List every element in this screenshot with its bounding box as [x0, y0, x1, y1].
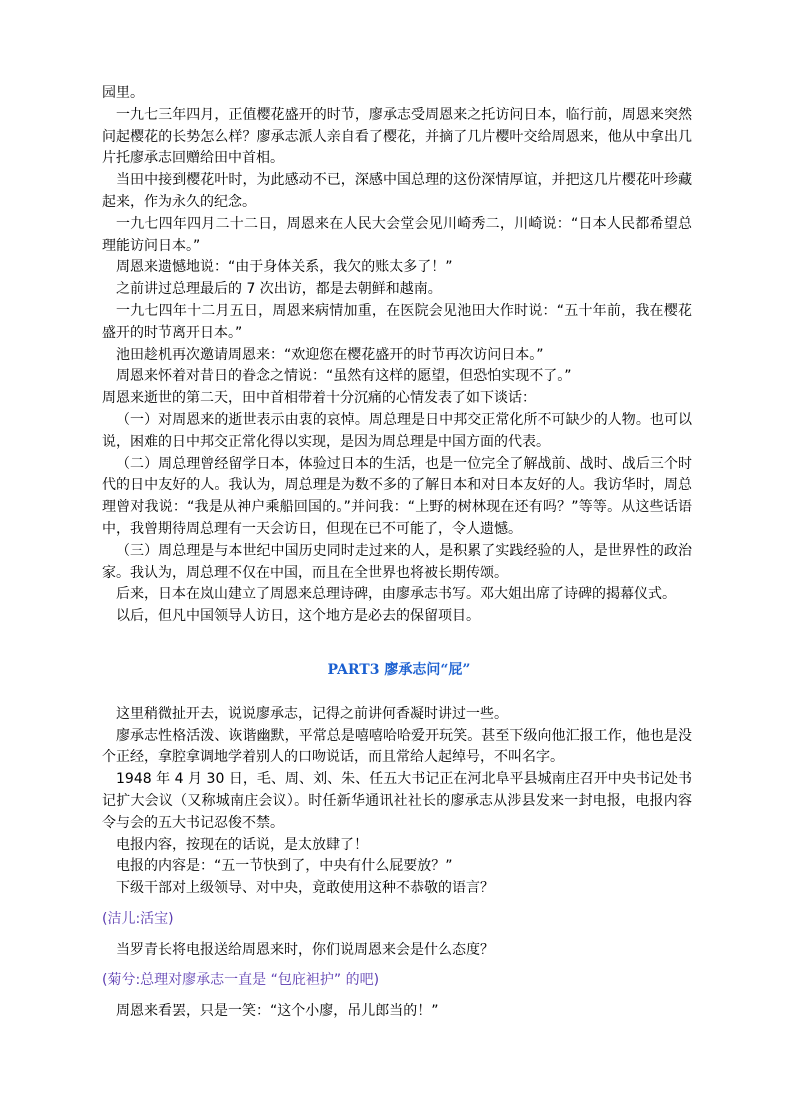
question-paragraph: 当罗青长将电报送给周恩来时，你们说周恩来会是什么态度？	[102, 940, 692, 962]
section-heading: PART3 廖承志问“屁”	[102, 660, 692, 682]
paragraph: 周恩来逝世的第二天，田中首相带着十分沉痛的心情发表了如下谈话：	[102, 388, 692, 410]
paragraph: 园里。	[102, 83, 692, 105]
paragraph: 电报内容，按现在的话说，是太放肆了！	[102, 835, 692, 857]
paragraph: 以后，但凡中国领导人访日，这个地方是必去的保留项目。	[102, 606, 692, 628]
section-liao-chengzhi: PART3 廖承志问“屁” 这里稍微扯开去，说说廖承志，记得之前讲何香凝时讲过一…	[102, 660, 692, 1023]
paragraph: （二）周总理曾经留学日本，体验过日本的生活，也是一位完全了解战前、战时、战后三个…	[102, 454, 692, 541]
paragraph: 一九七四年四月二十二日，周恩来在人民大会堂会见川崎秀二，川崎说：“日本人民都希望…	[102, 214, 692, 258]
paragraph: 周恩来怀着对昔日的眷念之情说：“虽然有这样的愿望，但恐怕实现不了。”	[102, 366, 692, 388]
paragraph: 之前讲过总理最后的 7 次出访，都是去朝鲜和越南。	[102, 279, 692, 301]
paragraph: 当田中接到樱花叶时，为此感动不已，深感中国总理的这份深情厚谊，并把这几片樱花叶珍…	[102, 170, 692, 214]
section-zhou-enlai-japan: 园里。 一九七三年四月，正值樱花盛开的时节，廖承志受周恩来之托访问日本，临行前，…	[102, 83, 692, 628]
answer-paragraph: 周恩来看罢，只是一笑：“这个小廖，吊儿郎当的！”	[102, 1001, 692, 1023]
document-page: 园里。 一九七三年四月，正值樱花盛开的时节，廖承志受周恩来之托访问日本，临行前，…	[102, 83, 692, 1023]
paragraph: 下级干部对上级领导、对中央，竟敢使用这种不恭敬的语言？	[102, 878, 692, 900]
paragraph: （三）周总理是与本世纪中国历史同时走过来的人，是积累了实践经验的人，是世界性的政…	[102, 541, 692, 585]
paragraph: 周恩来遗憾地说：“由于身体关系，我欠的账太多了！”	[102, 257, 692, 279]
paragraph: （一）对周恩来的逝世表示由衷的哀悼。周总理是日中邦交正常化所不可缺少的人物。也可…	[102, 410, 692, 454]
reader-comment: (洁儿:活宝)	[102, 909, 692, 931]
heading-spacer	[102, 682, 692, 704]
paragraph: 这里稍微扯开去，说说廖承志，记得之前讲何香凝时讲过一些。	[102, 704, 692, 726]
paragraph: 一九七三年四月，正值樱花盛开的时节，廖承志受周恩来之托访问日本，临行前，周恩来突…	[102, 105, 692, 170]
paragraph: 一九七四年十二月五日，周恩来病情加重，在医院会见池田大作时说：“五十年前，我在樱…	[102, 301, 692, 345]
section-spacer	[102, 628, 692, 660]
paragraph: 廖承志性格活泼、诙谐幽默，平常总是嘻嘻哈哈爱开玩笑。甚至下级向他汇报工作，他也是…	[102, 726, 692, 770]
paragraph: 池田趁机再次邀请周恩来：“欢迎您在樱花盛开的时节再次访问日本。”	[102, 345, 692, 367]
paragraph: 电报的内容是：“五一节快到了，中央有什么屁要放？”	[102, 856, 692, 878]
paragraph: 后来，日本在岚山建立了周恩来总理诗碑，由廖承志书写。邓大姐出席了诗碑的揭幕仪式。	[102, 584, 692, 606]
paragraph: 1948 年 4 月 30 日，毛、周、刘、朱、任五大书记正在河北阜平县城南庄召…	[102, 769, 692, 834]
reader-comment: (菊兮:总理对廖承志一直是 “包庇袒护” 的吧)	[102, 970, 692, 992]
